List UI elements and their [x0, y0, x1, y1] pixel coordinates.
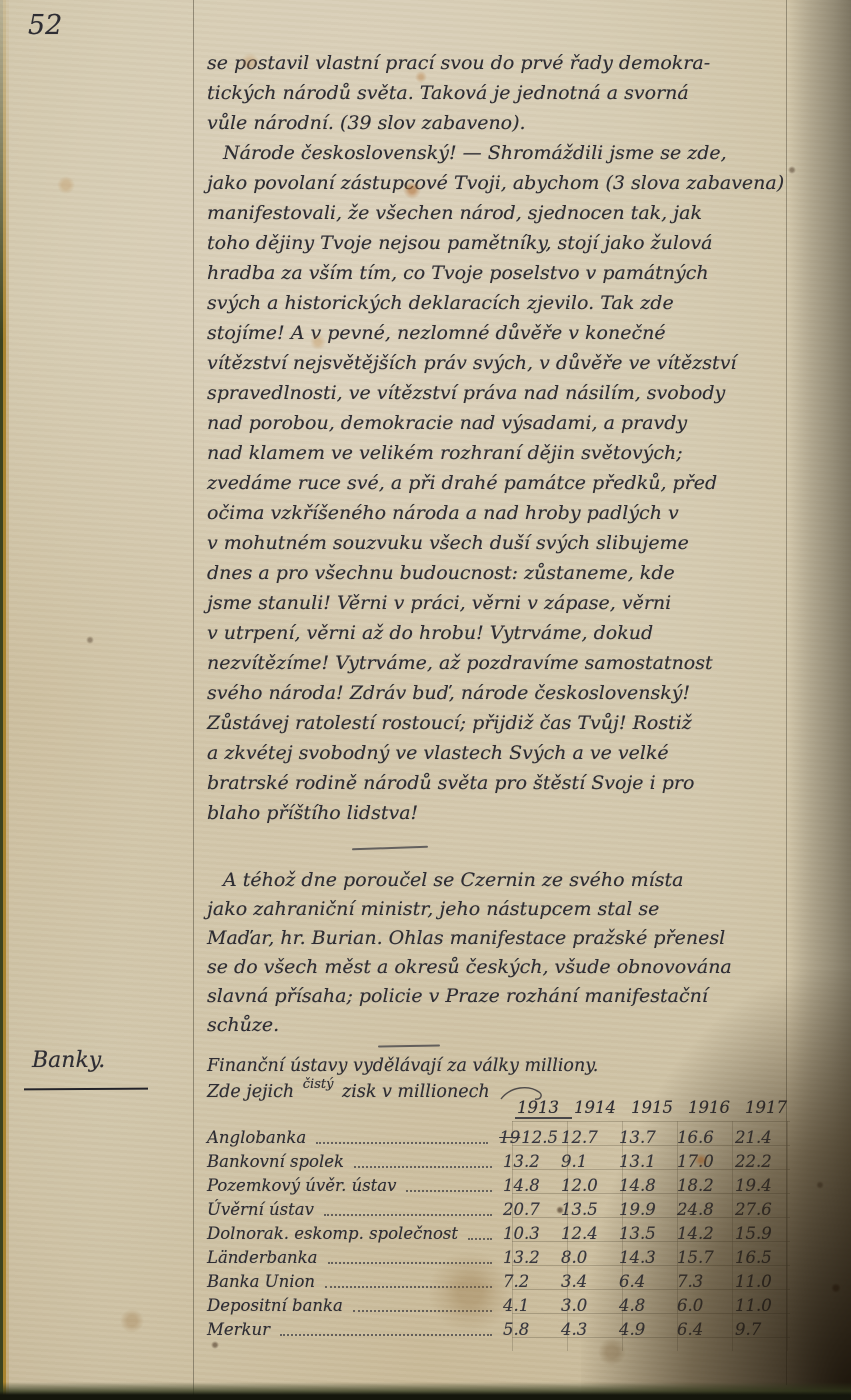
dotted-leader: [406, 1190, 492, 1192]
bank-name: Länderbanka: [207, 1246, 318, 1270]
bank-name: Banka Union: [207, 1270, 315, 1294]
page-bottom-edge: [0, 1382, 851, 1400]
manuscript-line: blaho příštího lidstva!: [207, 798, 790, 828]
value-cell: 5.8: [500, 1318, 558, 1342]
struck-digits: 19: [499, 1128, 520, 1147]
manuscript-line: toho dějiny Tvoje nejsou pamětníky, stoj…: [207, 228, 790, 258]
value-cell: 1912.5: [496, 1126, 558, 1150]
manuscript-line: svých a historických deklaracích zjevilo…: [207, 288, 790, 318]
manuscript-line: hradba za vším tím, co Tvoje poselstvo v…: [207, 258, 790, 288]
manuscript-line: dnes a pro všechnu budoucnost: zůstaneme…: [207, 558, 790, 588]
bank-name: Depositní banka: [207, 1294, 343, 1318]
dotted-leader: [353, 1310, 492, 1312]
page-number: 52: [28, 10, 62, 41]
manuscript-line: vítězství nejsvětějších práv svých, v dů…: [207, 348, 790, 378]
margin-heading-banky: Banky.: [32, 1048, 105, 1073]
oath-paragraph: se postavil vlastní prací svou do prvé ř…: [207, 48, 790, 828]
manuscript-line: jako zahraniční ministr, jeho nástupcem …: [207, 895, 790, 924]
manuscript-line: v mohutném souzvuku všech duší svých sli…: [207, 528, 790, 558]
manuscript-line: zvedáme ruce své, a při drahé památce př…: [207, 468, 790, 498]
manuscript-line: nezvítězíme! Vytrváme, až pozdravíme sam…: [207, 648, 790, 678]
corner-shadow: [581, 970, 851, 1400]
manuscript-line: manifestovali, že všechen národ, sjednoc…: [207, 198, 790, 228]
value-cell: 4.1: [500, 1294, 558, 1318]
year-header: 1913: [515, 1098, 572, 1119]
dotted-leader: [354, 1166, 492, 1168]
dotted-leader: [280, 1334, 492, 1336]
manuscript-line: stojíme! A v pevné, nezlomné důvěře v ko…: [207, 318, 790, 348]
manuscript-line: nad klamem ve velikém rozhraní dějin svě…: [207, 438, 790, 468]
manuscript-line: tických národů světa. Taková je jednotná…: [207, 78, 790, 108]
manuscript-line: A téhož dne poroučel se Czernin ze svého…: [207, 866, 790, 895]
dotted-leader: [316, 1142, 488, 1144]
manuscript-line: se postavil vlastní prací svou do prvé ř…: [207, 48, 790, 78]
manuscript-line: Národe československý! — Shromáždili jsm…: [207, 138, 790, 168]
manuscript-line: Maďar, hr. Burian. Ohlas manifestace pra…: [207, 924, 790, 953]
book-binding-edge: [0, 0, 12, 1400]
inserted-word: čistý: [303, 1077, 334, 1092]
manuscript-line: svého národa! Zdráv buď, národe českoslo…: [207, 678, 790, 708]
bank-name: Anglobanka: [207, 1126, 306, 1150]
value-cell: 14.8: [500, 1174, 558, 1198]
manuscript-line: a zkvétej svobodný ve vlastech Svých a v…: [207, 738, 790, 768]
bank-name: Pozemkový úvěr. ústav: [207, 1174, 396, 1198]
bank-name: Merkur: [207, 1318, 270, 1342]
dotted-leader: [468, 1238, 492, 1240]
value-cell: 20.7: [500, 1198, 558, 1222]
bank-name: Bankovní spolek: [207, 1150, 344, 1174]
manuscript-line: bratrské rodině národů světa pro štěstí …: [207, 768, 790, 798]
value-cell: 13.2: [500, 1246, 558, 1270]
dotted-leader: [325, 1286, 492, 1288]
dotted-leader: [324, 1214, 492, 1216]
value: 12.5: [521, 1128, 558, 1147]
manuscript-line: nad porobou, demokracie nad výsadami, a …: [207, 408, 790, 438]
value-cell: 7.2: [500, 1270, 558, 1294]
bank-name: Úvěrní ústav: [207, 1198, 314, 1222]
dotted-leader: [328, 1262, 493, 1264]
bank-name: Dolnorak. eskomp. společnost: [207, 1222, 458, 1246]
value-cell: 10.3: [500, 1222, 558, 1246]
manuscript-line: vůle národní. (39 slov zabaveno).: [207, 108, 790, 138]
manuscript-line: spravedlnosti, ve vítězství práva nad ná…: [207, 378, 790, 408]
value-cell: 13.2: [500, 1150, 558, 1174]
manuscript-line: v utrpení, věrni až do hrobu! Vytrváme, …: [207, 618, 790, 648]
finance-intro-line: Finanční ústavy vydělávají za války mill…: [207, 1056, 598, 1076]
manuscript-page-scan: 52 se postavil vlastní prací svou do prv…: [0, 0, 851, 1400]
manuscript-line: Zůstávej ratolestí rostoucí; přijdiž čas…: [207, 708, 790, 738]
manuscript-line: jsme stanuli! Věrni v práci, věrni v záp…: [207, 588, 790, 618]
manuscript-line: jako povolaní zástupcové Tvoji, abychom …: [207, 168, 790, 198]
left-margin-rule: [193, 0, 194, 1400]
manuscript-line: očima vzkříšeného národa a nad hroby pad…: [207, 498, 790, 528]
